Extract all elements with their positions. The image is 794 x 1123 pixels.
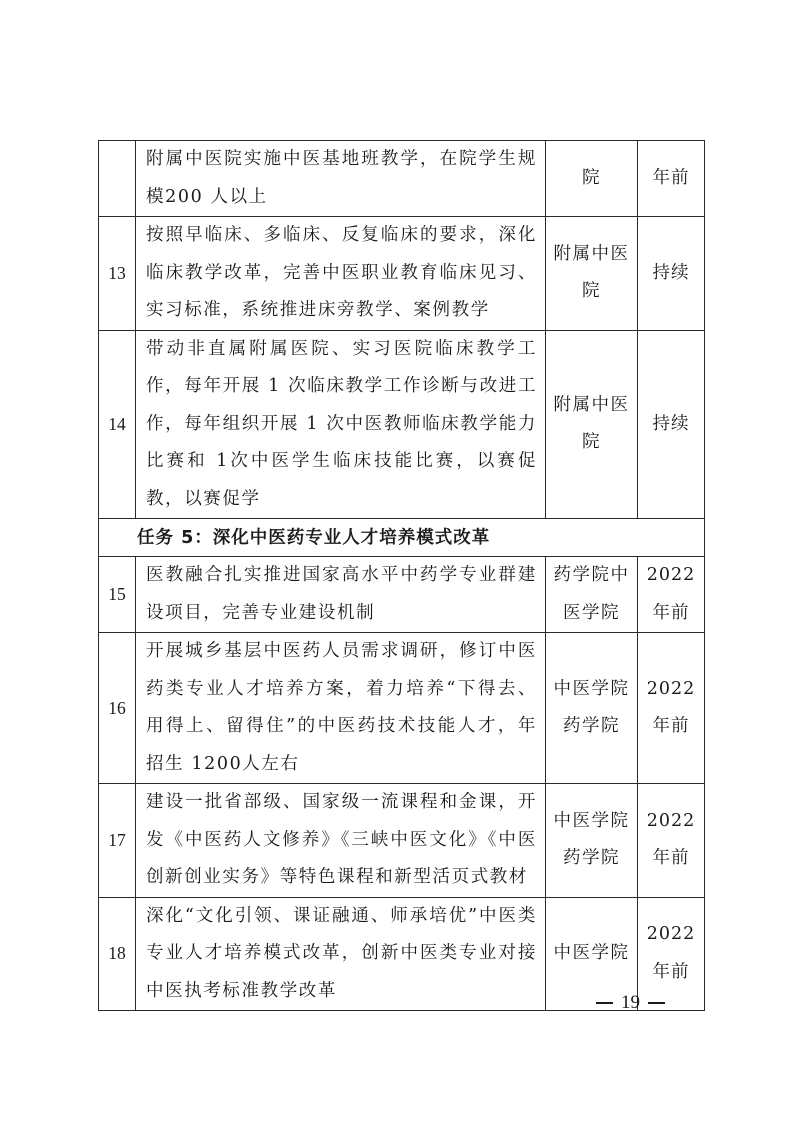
dash-decoration — [596, 1002, 613, 1004]
row-number: 13 — [99, 217, 136, 331]
deadline: 持续 — [638, 330, 705, 519]
page-number: 19 — [596, 992, 665, 1014]
task-description: 按照早临床、多临床、反复临床的要求，深化临床教学改革，完善中医职业教育临床见习、… — [136, 217, 546, 331]
dash-decoration — [648, 1002, 665, 1004]
task-table: 附属中医院实施中医基地班教学，在院学生规模200 人以上 院 年前 13 按照早… — [98, 140, 705, 1011]
row-number: 17 — [99, 784, 136, 898]
task-description: 建设一批省部级、国家级一流课程和金课，开发《中医药人文修养》《三峡中医文化》《中… — [136, 784, 546, 898]
task-description: 开展城乡基层中医药人员需求调研，修订中医药类专业人才培养方案，着力培养“下得去、… — [136, 633, 546, 784]
deadline: 2022年前 — [638, 633, 705, 784]
row-number — [99, 141, 136, 217]
table-row: 16 开展城乡基层中医药人员需求调研，修订中医药类专业人才培养方案，着力培养“下… — [99, 633, 705, 784]
responsible-department: 附属中医院 — [546, 217, 638, 331]
table-row: 13 按照早临床、多临床、反复临床的要求，深化临床教学改革，完善中医职业教育临床… — [99, 217, 705, 331]
table-row: 14 带动非直属附属医院、实习医院临床教学工作，每年开展 1 次临床教学工作诊断… — [99, 330, 705, 519]
deadline: 2022年前 — [638, 557, 705, 633]
row-number: 15 — [99, 557, 136, 633]
task-description: 深化“文化引领、课证融通、师承培优”中医类专业人才培养模式改革，创新中医类专业对… — [136, 897, 546, 1011]
deadline: 2022年前 — [638, 784, 705, 898]
deadline: 年前 — [638, 141, 705, 217]
task-description: 附属中医院实施中医基地班教学，在院学生规模200 人以上 — [136, 141, 546, 217]
task-section-title: 任务 5：深化中医药专业人才培养模式改革 — [99, 519, 705, 557]
table-row: 15 医教融合扎实推进国家高水平中药学专业群建设项目，完善专业建设机制 药学院中… — [99, 557, 705, 633]
responsible-department: 附属中医院 — [546, 330, 638, 519]
task-description: 医教融合扎实推进国家高水平中药学专业群建设项目，完善专业建设机制 — [136, 557, 546, 633]
table-row: 17 建设一批省部级、国家级一流课程和金课，开发《中医药人文修养》《三峡中医文化… — [99, 784, 705, 898]
deadline: 持续 — [638, 217, 705, 331]
page-number-value: 19 — [621, 992, 640, 1014]
responsible-department: 中医学院药学院 — [546, 633, 638, 784]
task-table-body: 附属中医院实施中医基地班教学，在院学生规模200 人以上 院 年前 13 按照早… — [99, 141, 705, 1011]
table-row: 附属中医院实施中医基地班教学，在院学生规模200 人以上 院 年前 — [99, 141, 705, 217]
responsible-department: 中医学院药学院 — [546, 784, 638, 898]
task-description: 带动非直属附属医院、实习医院临床教学工作，每年开展 1 次临床教学工作诊断与改进… — [136, 330, 546, 519]
row-number: 18 — [99, 897, 136, 1011]
task-section-row: 任务 5：深化中医药专业人才培养模式改革 — [99, 519, 705, 557]
row-number: 16 — [99, 633, 136, 784]
row-number: 14 — [99, 330, 136, 519]
responsible-department: 药学院中医学院 — [546, 557, 638, 633]
responsible-department: 院 — [546, 141, 638, 217]
